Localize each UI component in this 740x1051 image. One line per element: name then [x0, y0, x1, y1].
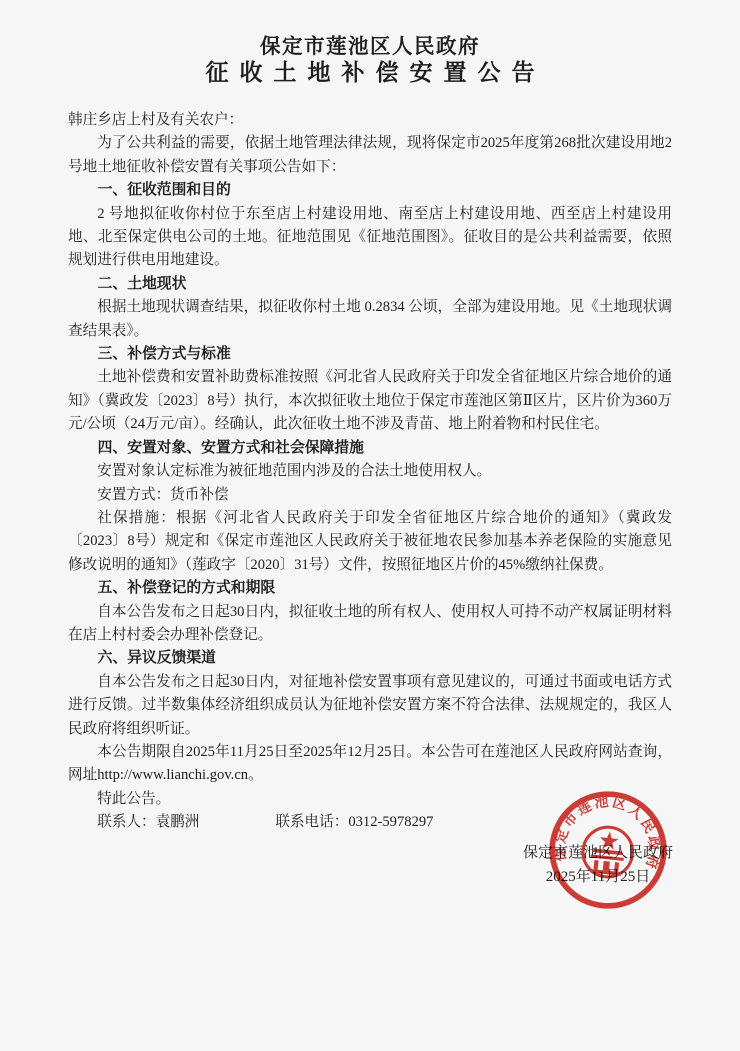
section-paragraph: 自本公告发布之日起30日内，对征地补偿安置事项有意见建议的，可通过书面或电话方式… [68, 671, 672, 741]
page-subtitle: 征收土地补偿安置公告 [68, 59, 672, 86]
section-paragraph: 本公告期限自2025年11月25日至2025年12月25日。本公告可在莲池区人民… [68, 741, 672, 788]
svg-text:保定市莲池区人民政府: 保定市莲池区人民政府 [549, 787, 668, 874]
section-paragraph: 安置方式：货币补偿 [68, 484, 672, 507]
section-compensation-standard: 三、补偿方式与标准 土地补偿费和安置补助费标准按照《河北省人民政府关于印发全省征… [68, 343, 672, 437]
page-title: 保定市莲池区人民政府 [68, 34, 672, 59]
official-seal-icon: 保定市莲池区人民政府 [541, 783, 675, 917]
section-heading: 四、安置对象、安置方式和社会保障措施 [68, 437, 672, 460]
salutation: 韩庄乡店上村及有关农户： [68, 109, 672, 132]
section-heading: 二、土地现状 [68, 273, 672, 296]
section-scope-purpose: 一、征收范围和目的 2 号地拟征收你村位于东至店上村建设用地、南至店上村建设用地… [68, 179, 672, 273]
section-heading: 三、补偿方式与标准 [68, 343, 672, 366]
section-heading: 五、补偿登记的方式和期限 [68, 577, 672, 600]
section-paragraph: 社保措施：根据《河北省人民政府关于印发全省征地区片综合地价的通知》（冀政发〔20… [68, 507, 672, 577]
contact-phone: 联系电话：0312-5978297 [275, 811, 433, 834]
announcement-document: 保定市莲池区人民政府 征收土地补偿安置公告 韩庄乡店上村及有关农户： 为了公共利… [68, 34, 672, 835]
section-paragraph: 2 号地拟征收你村位于东至店上村建设用地、南至店上村建设用地、西至店上村建设用地… [68, 203, 672, 273]
official-seal: 保定市莲池区人民政府 [541, 783, 675, 917]
section-land-status: 二、土地现状 根据土地现状调查结果，拟征收你村土地 0.2834 公顷，全部为建… [68, 273, 672, 343]
section-heading: 六、异议反馈渠道 [68, 647, 672, 670]
section-paragraph: 自本公告发布之日起30日内，拟征收土地的所有权人、使用权人可持不动产权属证明材料… [68, 601, 672, 648]
section-resettlement: 四、安置对象、安置方式和社会保障措施 安置对象认定标准为被征地范围内涉及的合法土… [68, 437, 672, 577]
national-emblem-icon [581, 825, 636, 880]
section-heading: 一、征收范围和目的 [68, 179, 672, 202]
section-paragraph: 根据土地现状调查结果，拟征收你村土地 0.2834 公顷，全部为建设用地。见《土… [68, 296, 672, 343]
contact-person: 联系人：袁鹏洲 [97, 811, 199, 834]
section-objection-feedback: 六、异议反馈渠道 自本公告发布之日起30日内，对征地补偿安置事项有意见建议的，可… [68, 647, 672, 787]
section-paragraph: 土地补偿费和安置补助费标准按照《河北省人民政府关于印发全省征地区片综合地价的通知… [68, 366, 672, 436]
section-registration: 五、补偿登记的方式和期限 自本公告发布之日起30日内，拟征收土地的所有权人、使用… [68, 577, 672, 647]
section-paragraph: 安置对象认定标准为被征地范围内涉及的合法土地使用权人。 [68, 460, 672, 483]
seal-ring-text: 保定市莲池区人民政府 [549, 787, 668, 874]
intro-paragraph: 为了公共利益的需要，依据土地管理法律法规，现将保定市2025年度第268批次建设… [68, 132, 672, 179]
